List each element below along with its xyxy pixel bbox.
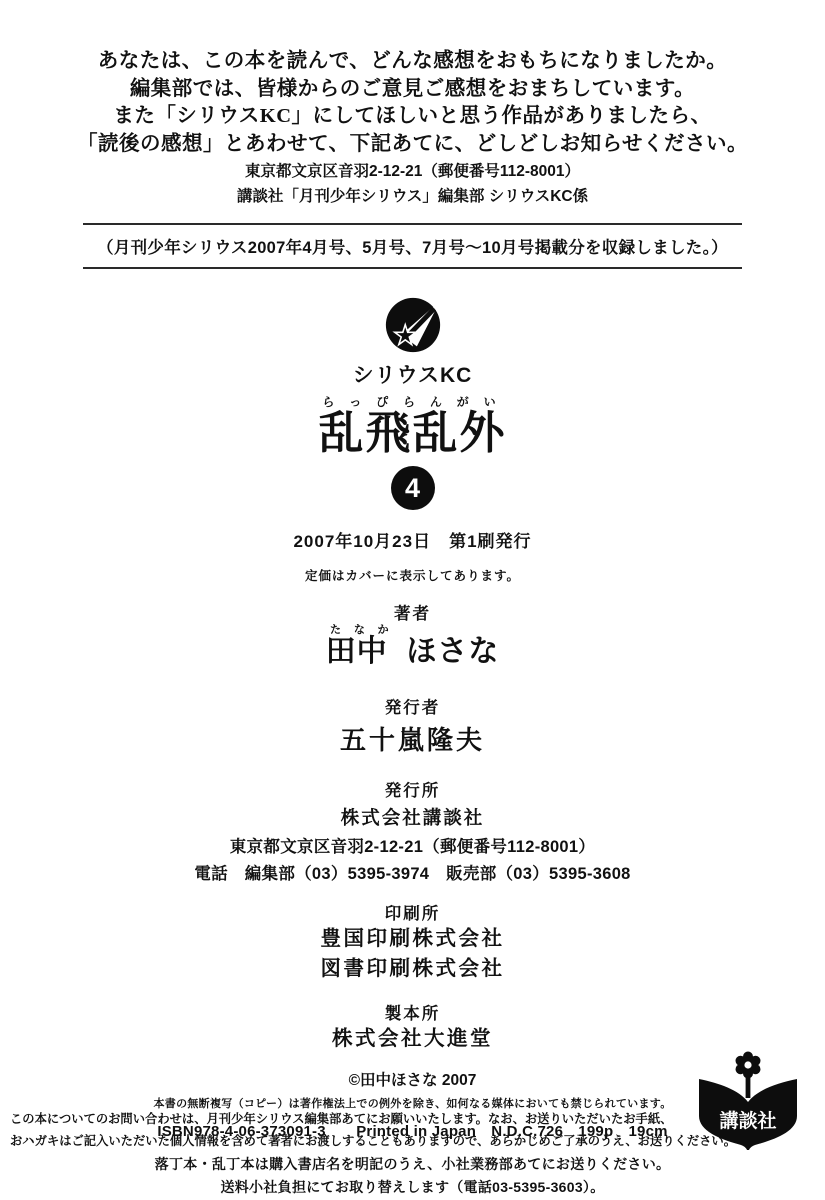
author-surname-furigana: たなか	[326, 624, 397, 636]
serialization-note: （月刊少年シリウス2007年4月号、5月号、7月号〜10月号掲載分を収録しました…	[83, 223, 742, 269]
inquiry-line: この本についてのお問い合わせは、月刊少年シリウス編集部あてにお願いいたします。な…	[10, 1108, 690, 1130]
feedback-line: 「読後の感想」とあわせて、下記あてに、どしどしお知らせください。	[0, 131, 825, 159]
returns-line: 送料小社負担にてお取り替えします（電話03-5395-3603）。	[0, 1176, 825, 1199]
feedback-line: また「シリウスKC」にしてほしいと思う作品がありましたら、	[0, 103, 825, 131]
author-label: 著者	[0, 600, 825, 624]
kodansha-logo: 講談社	[691, 1050, 805, 1150]
publisher-person-name: 五十嵐隆夫	[0, 720, 825, 757]
inquiry-line: おハガキはご記入いただいた個人情報を含めて著者にお渡しすることもありますので、あ…	[10, 1130, 690, 1152]
feedback-address: 東京都文京区音羽2-12-21（郵便番号112-8001）	[0, 160, 825, 183]
printer-company: 図書印刷株式会社	[0, 954, 825, 984]
kodansha-logo-label: 講談社	[719, 1109, 776, 1132]
feedback-line: あなたは、この本を読んで、どんな感想をおもちになりましたか。	[0, 48, 825, 76]
feedback-recipient: 講談社「月刊少年シリウス」編集部 シリウスKC係	[0, 185, 825, 208]
author-name: 田中 たなか ほさな	[0, 624, 825, 668]
edition-date: 2007年10月23日 第1刷発行	[0, 527, 825, 552]
price-note: 定価はカバーに表示してあります。	[0, 566, 825, 584]
imprint-label: シリウスKC	[0, 359, 825, 389]
publisher-phone: 電話 編集部（03）5395-3974 販売部（03）5395-3608	[0, 860, 825, 884]
publisher-label: 発行所	[0, 777, 825, 801]
book-title-kanji: 乱飛乱外	[318, 407, 506, 458]
binder-label: 製本所	[0, 1000, 825, 1024]
volume-badge: 4	[391, 466, 435, 510]
publisher-address: 東京都文京区音羽2-12-21（郵便番号112-8001）	[0, 833, 825, 857]
shooting-star-icon	[382, 295, 444, 357]
sirius-kc-logo	[0, 295, 825, 357]
book-title-furigana: らっぴらんがい	[318, 395, 506, 409]
author-surname: 田中	[326, 635, 388, 668]
inquiry-note: この本についてのお問い合わせは、月刊少年シリウス編集部あてにお願いいたします。な…	[10, 1108, 690, 1152]
publisher-company: 株式会社講談社	[0, 804, 825, 830]
reader-feedback-note: あなたは、この本を読んで、どんな感想をおもちになりましたか。 編集部では、皆様か…	[0, 48, 825, 208]
publisher-person-label: 発行者	[0, 694, 825, 718]
feedback-line: 編集部では、皆様からのご意見ご感想をおまちしています。	[0, 76, 825, 104]
book-title: 乱飛乱外 らっぴらんがい	[0, 395, 825, 456]
colophon-page: あなたは、この本を読んで、どんな感想をおもちになりましたか。 編集部では、皆様か…	[0, 0, 825, 1200]
author-givenname: ほさな	[406, 635, 499, 668]
printer-label: 印刷所	[0, 900, 825, 924]
returns-line: 落丁本・乱丁本は購入書店名を明記のうえ、小社業務部あてにお送りください。	[0, 1153, 825, 1176]
printer-company: 豊国印刷株式会社	[0, 924, 825, 954]
open-book-flower-icon: 講談社	[691, 1050, 805, 1150]
